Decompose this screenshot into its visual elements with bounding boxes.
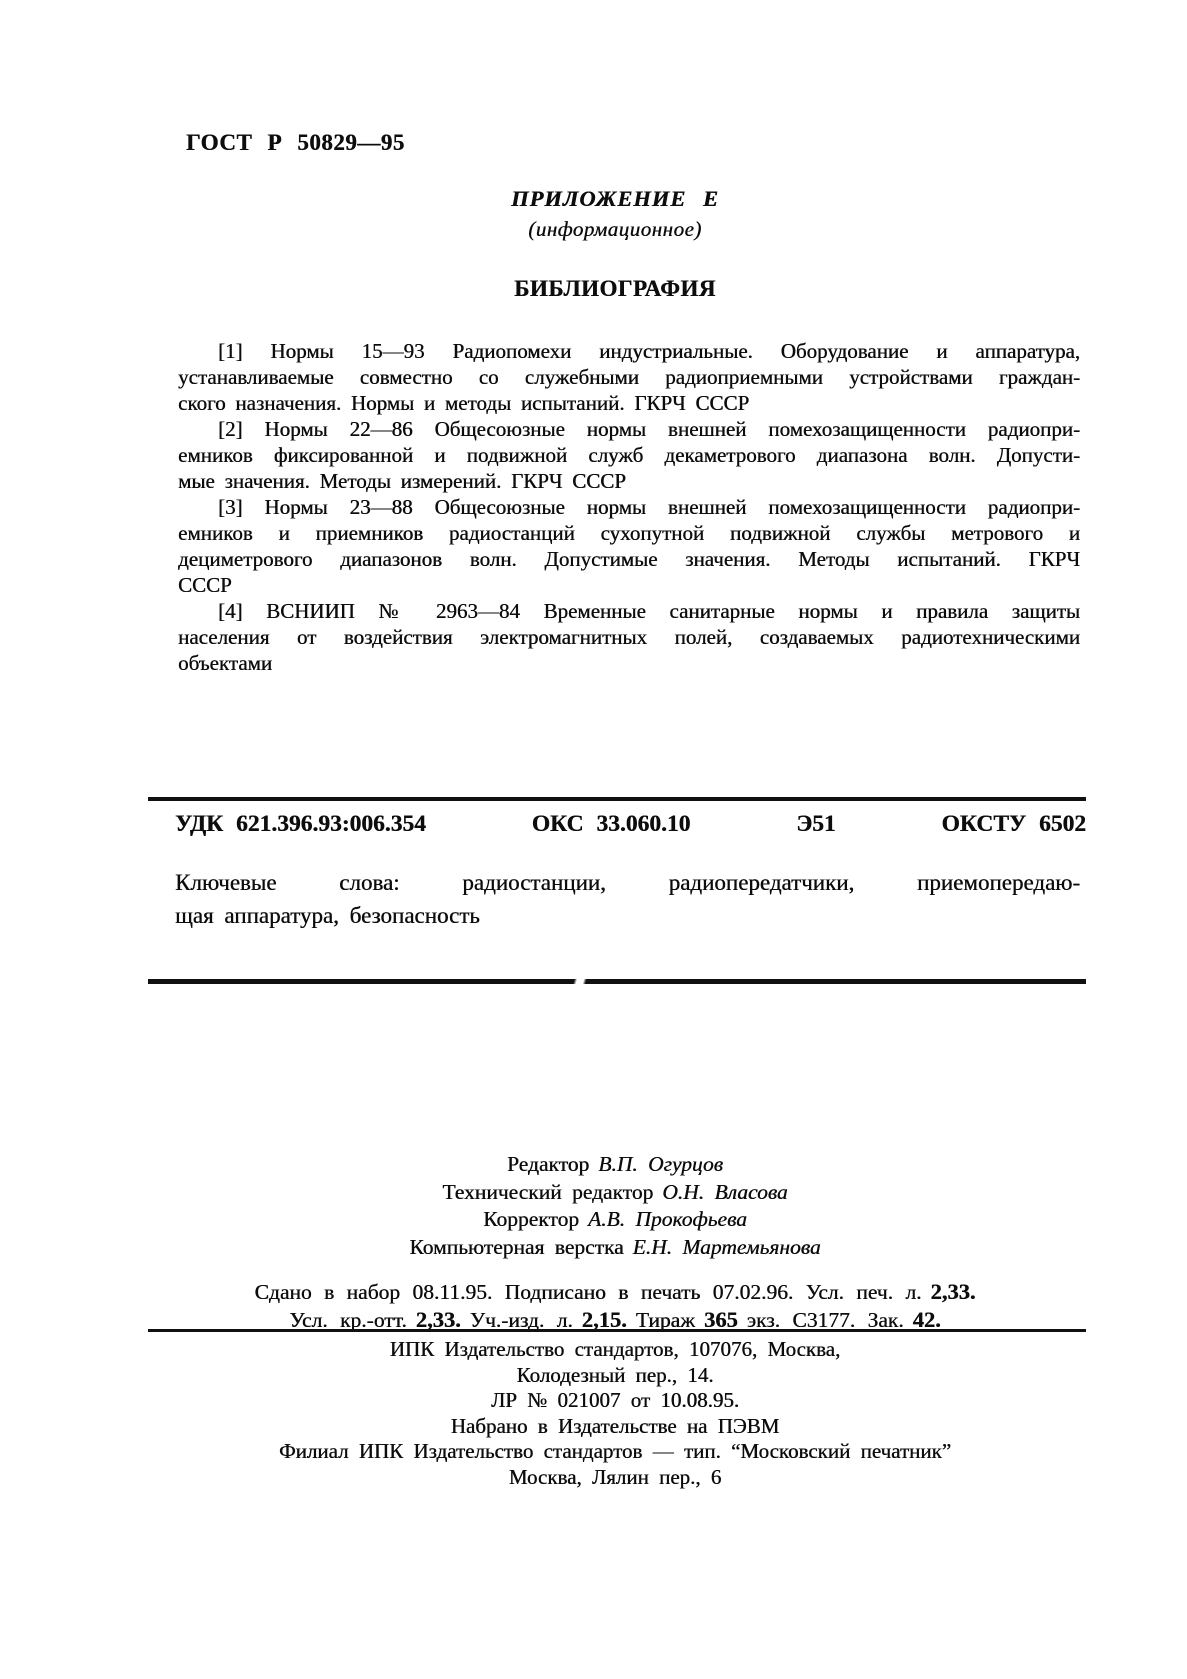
horizontal-rule-middle: [148, 979, 1086, 984]
staff-name: А.В. Прокофьева: [588, 1207, 747, 1231]
publisher-line: Филиал ИПК Издательство стандартов — тип…: [150, 1439, 1080, 1465]
staff-line-technical-editor: Технический редакторО.Н. Власова: [150, 1179, 1080, 1207]
bibliography-line: [1] Нормы 15—93 Радиопомехи индустриальн…: [178, 338, 1080, 364]
bibliography-line: объектами: [178, 650, 1080, 676]
staff-line-layout: Компьютерная версткаЕ.Н. Мартемьянова: [150, 1234, 1080, 1262]
staff-name: О.Н. Власова: [662, 1180, 787, 1204]
staff-role: Редактор: [507, 1152, 589, 1176]
horizontal-rule-top: [148, 797, 1086, 801]
bibliography-line: емников и приемников радиостанций сухопу…: [178, 520, 1080, 546]
staff-line-editor: РедакторВ.П. Огурцов: [150, 1151, 1080, 1179]
staff-name: Е.Н. Мартемьянова: [633, 1235, 821, 1259]
bibliography-entry: [4] ВСНИИП № 2963—84 Временные санитарны…: [178, 598, 1080, 676]
bibliography-entry: [3] Нормы 23—88 Общесоюзные нормы внешне…: [178, 494, 1080, 598]
staff-role: Корректор: [483, 1207, 579, 1231]
class-code: Э51: [796, 811, 835, 838]
bibliography-line: СССР: [178, 572, 1080, 598]
publisher-line: Набрано в Издательстве на ПЭВМ: [150, 1414, 1080, 1440]
imprint-number: 2,33.: [930, 1279, 975, 1304]
bibliography-line: [3] Нормы 23—88 Общесоюзные нормы внешне…: [178, 494, 1080, 520]
oks-code: ОКС 33.060.10: [532, 811, 691, 838]
keywords-paragraph: Ключевые слова: радиостанции, радиоперед…: [175, 866, 1080, 932]
bibliography-line: ского назначения. Нормы и методы испытан…: [178, 390, 1080, 416]
bibliography-line: емников фиксированной и подвижной служб …: [178, 442, 1080, 468]
bibliography-line: мые значения. Методы измерений. ГКРЧ ССС…: [178, 468, 1080, 494]
bibliography-line: [4] ВСНИИП № 2963—84 Временные санитарны…: [178, 598, 1080, 624]
okstu-code: ОКСТУ 6502: [941, 811, 1086, 838]
imprint-line: Сдано в набор 08.11.95. Подписано в печа…: [150, 1278, 1080, 1306]
publisher-line: ИПК Издательство стандартов, 107076, Мос…: [150, 1337, 1080, 1363]
bibliography-line: дециметрового диапазонов волн. Допустимы…: [178, 546, 1080, 572]
bibliography-line: устанавливаемые совместно со служебными …: [178, 364, 1080, 390]
imprint-print-data: Сдано в набор 08.11.95. Подписано в печа…: [150, 1278, 1080, 1334]
section-title-bibliography: БИБЛИОГРАФИЯ: [150, 276, 1080, 302]
bibliography-entry: [1] Нормы 15—93 Радиопомехи индустриальн…: [178, 338, 1080, 416]
staff-block: РедакторВ.П. Огурцов Технический редакто…: [150, 1151, 1080, 1261]
staff-role: Технический редактор: [442, 1180, 653, 1204]
appendix-subtitle: (информационное): [150, 217, 1080, 242]
imprint-text: Сдано в набор 08.11.95. Подписано в печа…: [255, 1280, 922, 1304]
bibliography-line: [2] Нормы 22—86 Общесоюзные нормы внешне…: [178, 416, 1080, 442]
publisher-line: Москва, Лялин пер., 6: [150, 1465, 1080, 1491]
keywords-line: Ключевые слова: радиостанции, радиоперед…: [175, 866, 1080, 899]
doc-number: ГОСТ Р 50829—95: [186, 130, 405, 156]
publisher-line: ЛР № 021007 от 10.08.95.: [150, 1388, 1080, 1414]
bibliography-list: [1] Нормы 15—93 Радиопомехи индустриальн…: [178, 338, 1080, 676]
publisher-block: ИПК Издательство стандартов, 107076, Мос…: [150, 1337, 1080, 1491]
bibliography-line: населения от воздействия электромагнитны…: [178, 624, 1080, 650]
udk-code: УДК 621.396.93:006.354: [175, 811, 426, 838]
bibliography-entry: [2] Нормы 22—86 Общесоюзные нормы внешне…: [178, 416, 1080, 494]
publisher-line: Колодезный пер., 14.: [150, 1363, 1080, 1389]
horizontal-rule-bottom: [148, 1329, 1086, 1332]
keywords-line: щая аппаратура, безопасность: [175, 899, 1080, 932]
classification-row: УДК 621.396.93:006.354 ОКС 33.060.10 Э51…: [175, 811, 1086, 838]
staff-name: В.П. Огурцов: [598, 1152, 723, 1176]
appendix-title: ПРИЛОЖЕНИЕ Е: [150, 186, 1080, 212]
appendix-heading: ПРИЛОЖЕНИЕ Е (информационное): [150, 186, 1080, 242]
document-page: ГОСТ Р 50829—95 ПРИЛОЖЕНИЕ Е (информацио…: [0, 0, 1187, 1679]
staff-line-proofreader: КорректорА.В. Прокофьева: [150, 1206, 1080, 1234]
staff-role: Компьютерная верстка: [409, 1235, 623, 1259]
